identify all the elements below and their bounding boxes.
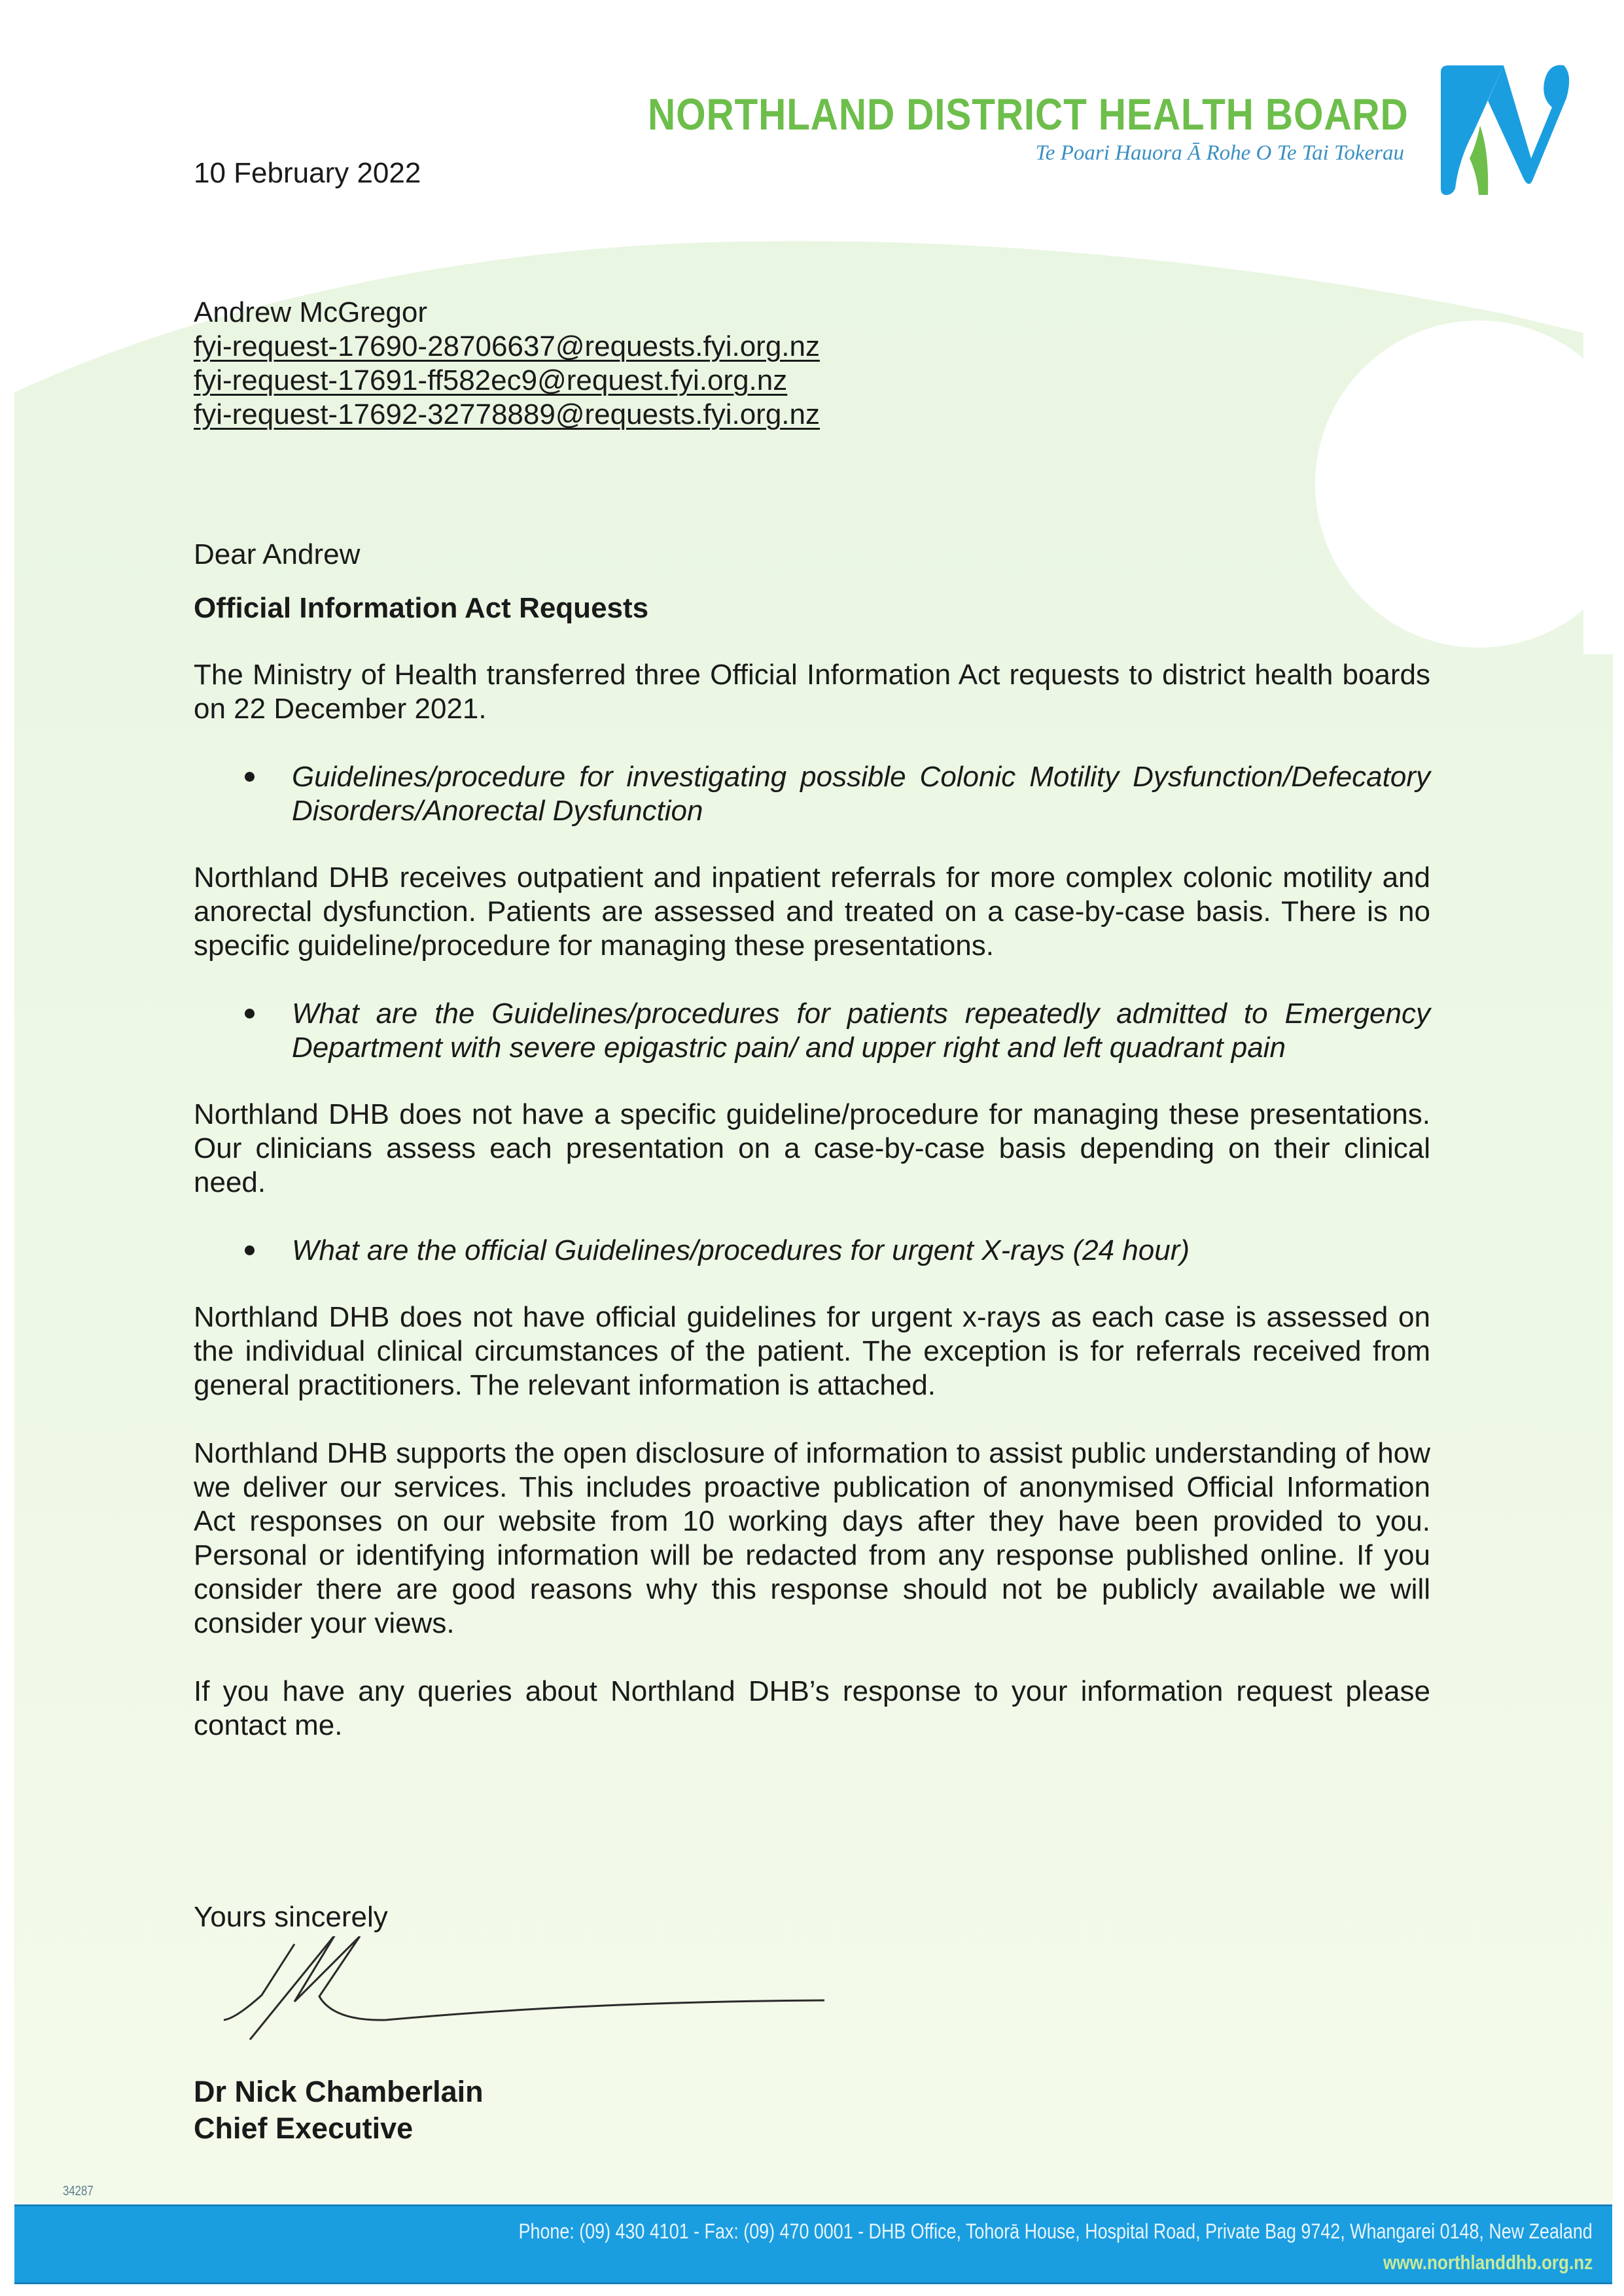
intro-paragraph: The Ministry of Health transferred three… [194, 658, 1430, 726]
letter-body: Dear Andrew Official Information Act Req… [194, 538, 1430, 1743]
request-question: What are the official Guidelines/procedu… [194, 1234, 1430, 1268]
organisation-tagline: Te Poari Hauora Ā Rohe O Te Tai Tokerau [1035, 141, 1404, 165]
signer-name: Dr Nick Chamberlain [194, 2074, 484, 2110]
signature-image [196, 1936, 824, 2093]
recipient-block: Andrew McGregor fyi-request-17690-287066… [194, 296, 820, 432]
sign-off: Yours sincerely [194, 1901, 388, 1934]
footer-contact-details: Phone: (09) 430 4101 - Fax: (09) 470 000… [519, 2219, 1593, 2244]
subject-heading: Official Information Act Requests [194, 591, 1430, 625]
signer-title: Chief Executive [194, 2110, 484, 2147]
request-response: Northland DHB does not have a specific g… [194, 1098, 1430, 1200]
organisation-name: NORTHLAND DISTRICT HEALTH BOARD [648, 89, 1409, 140]
salutation: Dear Andrew [194, 538, 1430, 572]
footer-bar: Phone: (09) 430 4101 - Fax: (09) 470 000… [14, 2204, 1612, 2284]
request-question: What are the Guidelines/procedures for p… [194, 997, 1430, 1065]
reference-number: 34287 [63, 2183, 94, 2199]
letter-date: 10 February 2022 [194, 157, 421, 190]
closing-paragraph: If you have any queries about Northland … [194, 1675, 1430, 1743]
request-response: Northland DHB receives outpatient and in… [194, 861, 1430, 963]
recipient-email-link[interactable]: fyi-request-17692-32778889@requests.fyi.… [194, 398, 820, 432]
request-response: Northland DHB does not have official gui… [194, 1300, 1430, 1402]
recipient-email-link[interactable]: fyi-request-17691-ff582ec9@request.fyi.o… [194, 364, 820, 398]
bullet-icon [245, 1245, 255, 1255]
footer-website-link[interactable]: www.northlanddhb.org.nz [1383, 2251, 1593, 2274]
recipient-name: Andrew McGregor [194, 296, 820, 330]
ndhb-logo-icon [1433, 60, 1570, 199]
signer-block: Dr Nick Chamberlain Chief Executive [194, 2074, 484, 2147]
bullet-icon [245, 772, 255, 782]
recipient-email-link[interactable]: fyi-request-17690-28706637@requests.fyi.… [194, 330, 820, 364]
request-question: Guidelines/procedure for investigating p… [194, 760, 1430, 828]
bullet-icon [245, 1009, 255, 1018]
disclosure-paragraph: Northland DHB supports the open disclosu… [194, 1436, 1430, 1641]
